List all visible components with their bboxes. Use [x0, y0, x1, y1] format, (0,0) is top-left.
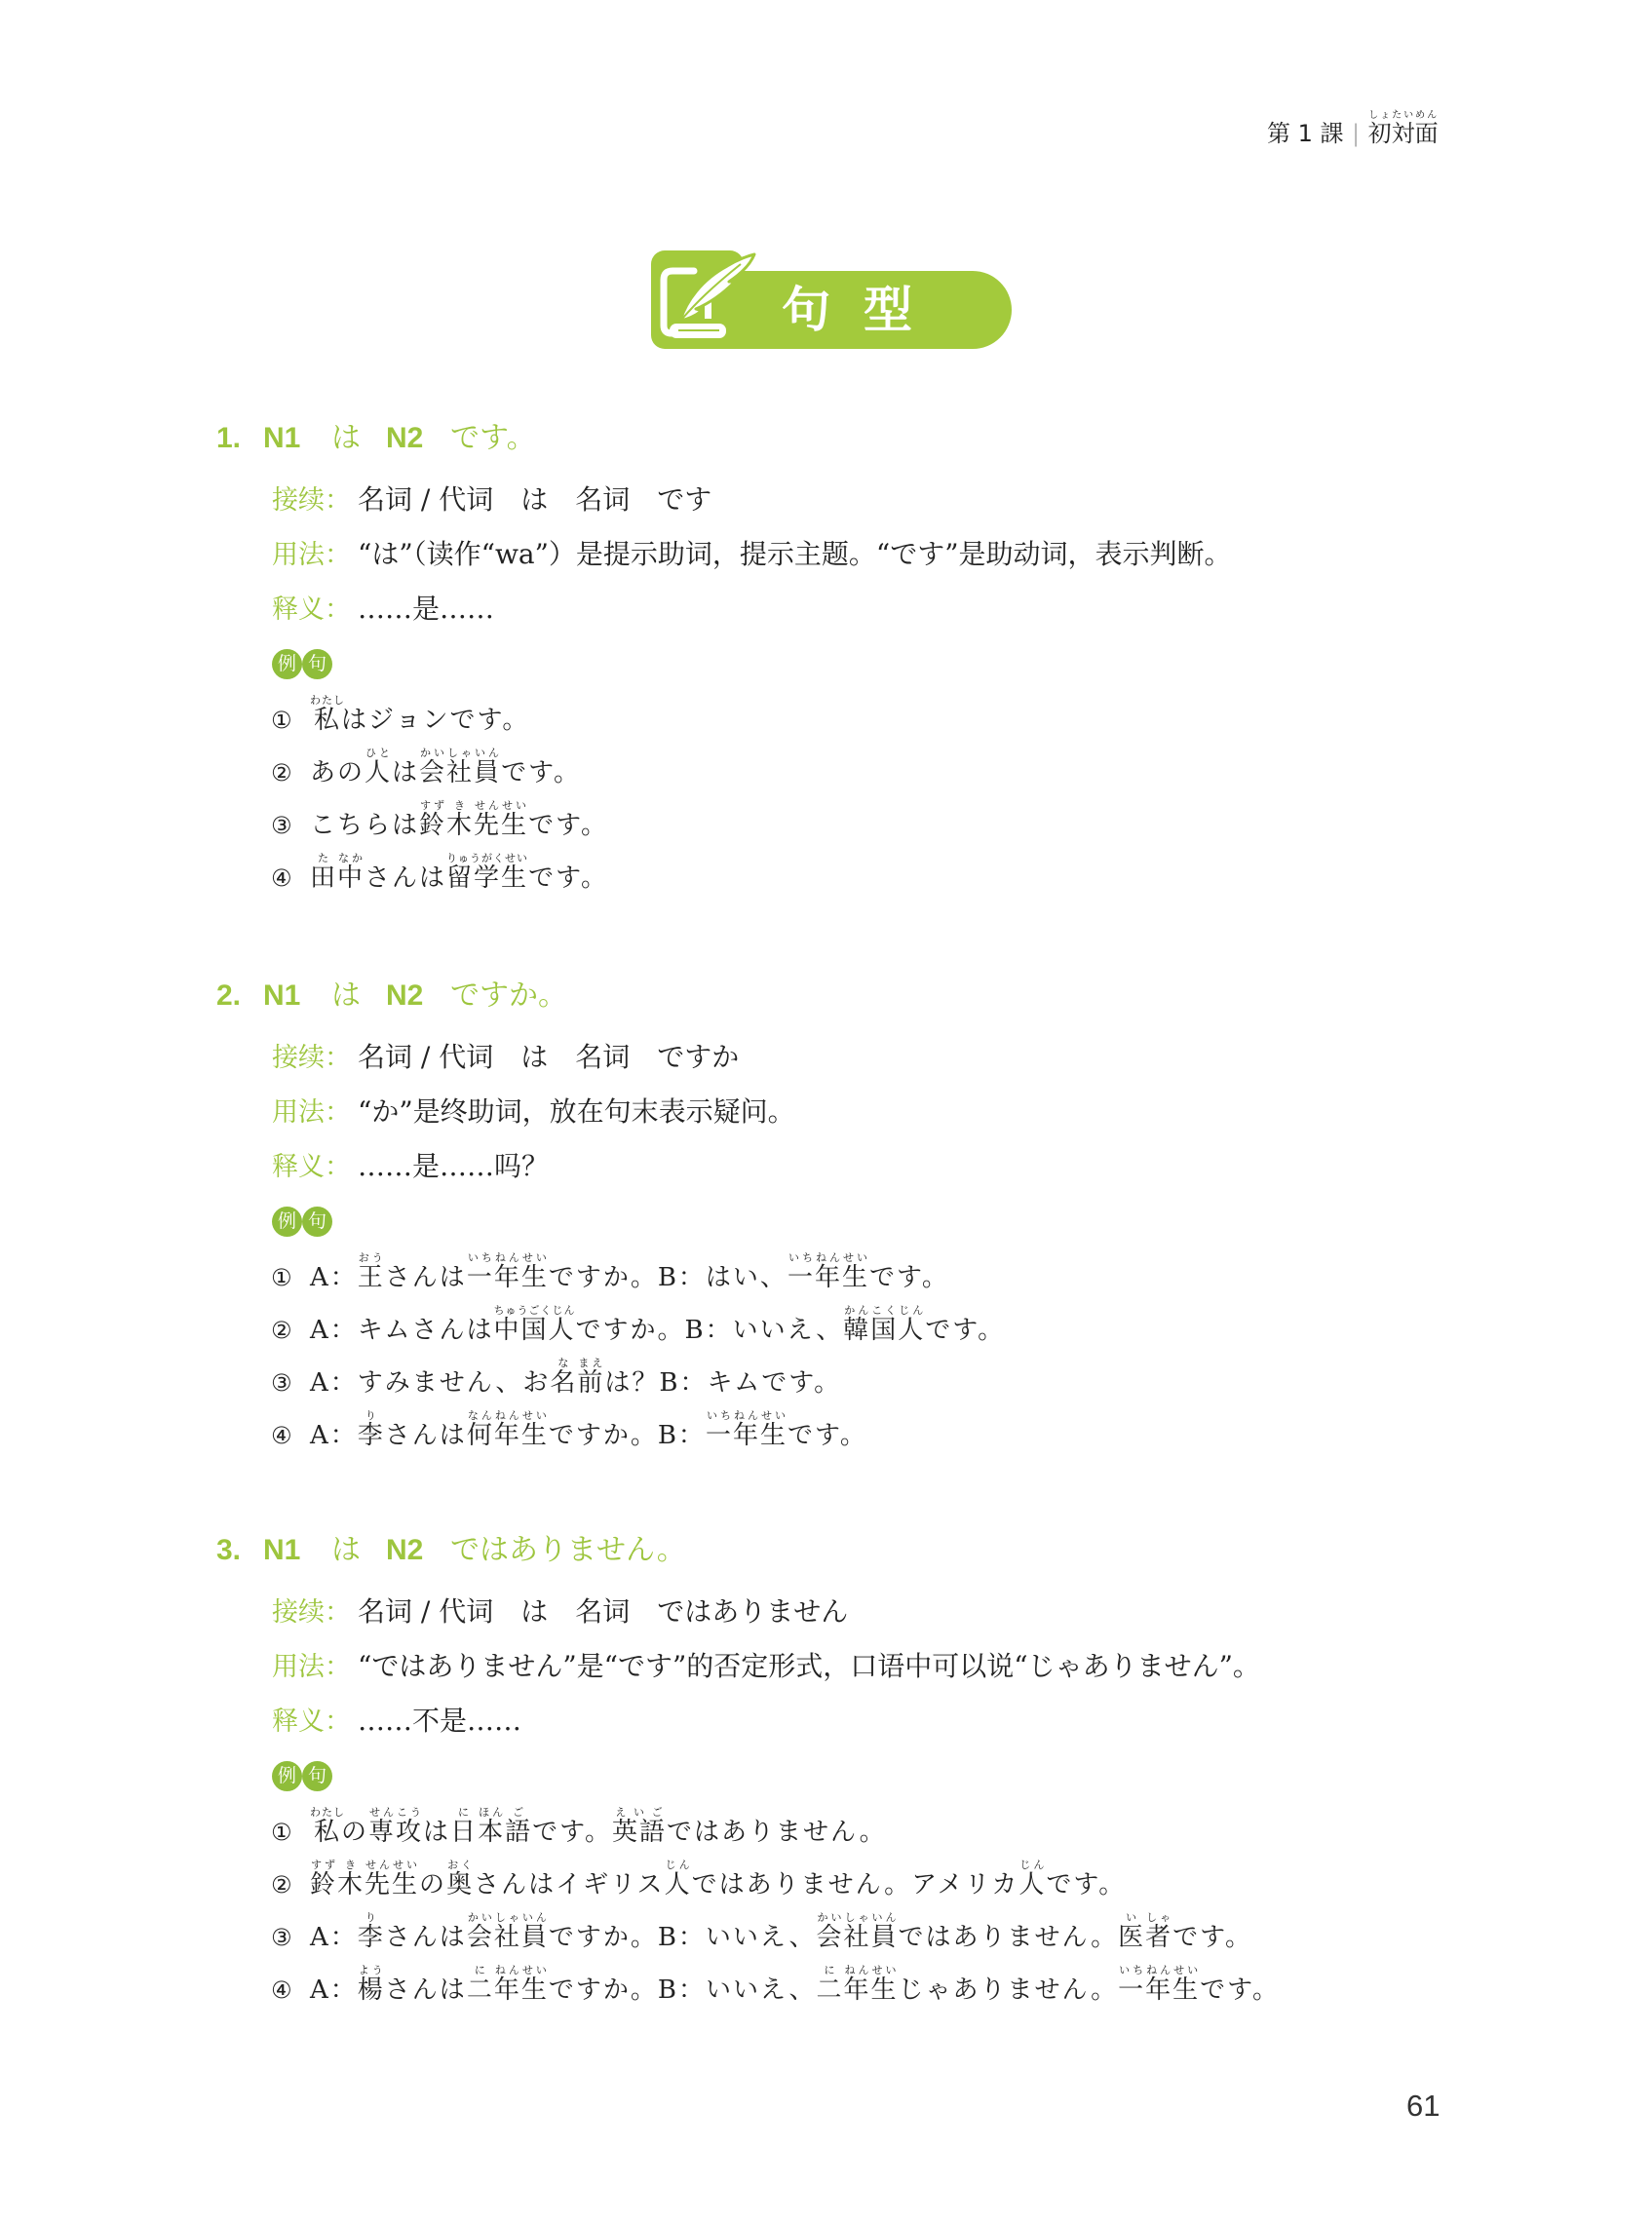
furigana-word: 鈴すず: [419, 811, 446, 840]
furigana-word: 李り: [358, 1923, 385, 1952]
pattern-n1: N1: [263, 1523, 300, 1578]
example-list: ①A：王おうさんは一年生いちねんせいですか。B：はい、一年生いちねんせいです。 …: [0, 1248, 1652, 1459]
meaning-label: 释义：: [272, 583, 358, 637]
furigana-word: 一年生いちねんせい: [706, 1421, 788, 1450]
usage-label: 用法：: [272, 1640, 358, 1695]
furigana-word: 者しゃ: [1145, 1923, 1172, 1952]
header-separator: |: [1353, 121, 1358, 146]
connection-label: 接续：: [272, 1586, 358, 1640]
furigana-word: 留学生りゅうがくせい: [446, 863, 528, 893]
furigana-word: 本ほん: [478, 1818, 505, 1847]
furigana-reading: ねんせい: [844, 1964, 899, 1976]
connection-text: 名词 / 代词 は 名词 ですか: [358, 1041, 739, 1073]
furigana-reading: えいご: [612, 1806, 667, 1819]
example-text: A：すみません、お名な前まえは？B：キムです。: [310, 1368, 841, 1398]
examples-badge-row: 例句: [0, 636, 1652, 691]
furigana-reading: しゃ: [1145, 1911, 1172, 1924]
furigana-reading: かんこくじん: [843, 1304, 925, 1317]
connection-row: 接续：名词 / 代词 は 名词 です: [0, 473, 1652, 527]
example-text: A：李りさんは会社員かいしゃいんですか。B：いいえ、会社員かいしゃいんではありま…: [310, 1923, 1252, 1952]
furigana-reading: わたし: [310, 1806, 345, 1819]
furigana-reading: かいしゃいん: [419, 747, 501, 759]
meaning-row: 释义：……是……吗？: [0, 1139, 1652, 1194]
pattern-number: 3.: [216, 1523, 241, 1578]
furigana-word: 名な: [550, 1368, 577, 1398]
furigana-reading: ねんせい: [494, 1964, 549, 1976]
furigana-reading: よう: [358, 1964, 385, 1976]
furigana-word: 英語えいご: [612, 1818, 667, 1847]
badge-char: 例: [272, 1761, 302, 1791]
furigana-word: 何年生なんねんせい: [467, 1421, 549, 1450]
connection-row: 接续：名词 / 代词 は 名词 ではありません: [0, 1585, 1652, 1639]
furigana-reading: まえ: [577, 1357, 604, 1369]
example-sentence: ③こちらは鈴すず木き先生せんせいです。: [0, 796, 1652, 849]
page-number: 61: [1406, 2089, 1440, 2124]
pattern-n1: N1: [263, 969, 300, 1023]
meaning-row: 释义：……不是……: [0, 1694, 1652, 1748]
furigana-word: 人じん: [1018, 1870, 1046, 1899]
furigana-word: 私わたし: [310, 706, 341, 735]
furigana-reading: いちねんせい: [467, 1251, 549, 1264]
usage-row: 用法：“は”（读作“wa”）是提示助词，提示主题。“です”是助动词，表示判断。: [0, 527, 1652, 582]
examples-badge-row: 例句: [0, 1194, 1652, 1248]
lesson-title: 初対面しょたいめん: [1368, 120, 1439, 147]
furigana-reading: き: [337, 1859, 365, 1871]
example-sentence: ①私わたしの専攻せんこうは日に本ほん語ごです。英語えいごではありません。: [0, 1803, 1652, 1856]
furigana-reading: せんせい: [365, 1859, 419, 1871]
pattern-ending: ですか。: [450, 969, 567, 1023]
badge-char: 句: [302, 1207, 332, 1237]
furigana-word: 李り: [358, 1421, 385, 1450]
meaning-row: 释义：……是……: [0, 582, 1652, 636]
meaning-label: 释义：: [272, 1140, 358, 1195]
example-number: ④: [271, 1412, 310, 1459]
furigana-word: 語ご: [505, 1818, 532, 1847]
furigana-reading: わたし: [310, 694, 345, 707]
furigana-word: 前まえ: [577, 1368, 604, 1398]
furigana-reading: ちゅうごくじん: [494, 1304, 576, 1317]
badge-char: 例: [272, 1207, 302, 1237]
connection-text: 名词 / 代词 は 名词 です: [358, 483, 711, 516]
example-number: ②: [271, 749, 310, 796]
pattern-heading: 3. N1 は N2 ではありません。: [0, 1523, 1652, 1578]
pattern-n2: N2: [386, 1523, 423, 1578]
example-number: ②: [271, 1307, 310, 1354]
lesson-title-text: 初対面: [1368, 120, 1439, 147]
furigana-reading: き: [446, 799, 474, 812]
furigana-reading: ご: [505, 1806, 532, 1819]
connection-row: 接续：名词 / 代词 は 名词 ですか: [0, 1030, 1652, 1085]
furigana-reading: すず: [310, 1859, 337, 1871]
example-sentence: ③A：すみません、お名な前まえは？B：キムです。: [0, 1354, 1652, 1406]
furigana-reading: じん: [665, 1859, 692, 1871]
pattern-particle: は: [331, 1523, 361, 1578]
badge-char: 例: [272, 649, 302, 679]
furigana-word: 中なか: [337, 863, 365, 893]
connection-label: 接续：: [272, 1031, 358, 1086]
usage-label: 用法：: [272, 1086, 358, 1140]
furigana-reading: せんこう: [368, 1806, 423, 1819]
pattern-heading: 2. N1 は N2 ですか。: [0, 969, 1652, 1023]
pattern-particle: は: [331, 411, 361, 466]
furigana-reading: すず: [419, 799, 446, 812]
furigana-reading: おう: [358, 1251, 385, 1264]
furigana-word: 奥おく: [446, 1870, 474, 1899]
furigana-reading: に: [467, 1964, 494, 1976]
example-sentence: ④A：李りさんは何年生なんねんせいですか。B：一年生いちねんせいです。: [0, 1406, 1652, 1459]
example-sentence: ③A：李りさんは会社員かいしゃいんですか。B：いいえ、会社員かいしゃいんではあり…: [0, 1908, 1652, 1961]
usage-text: “ではありません”是“です”的否定形式，口语中可以说“じゃありません”。: [358, 1650, 1260, 1682]
example-sentences-badge: 例句: [272, 1761, 332, 1791]
quill-pen-icon: [651, 250, 758, 349]
example-number: ①: [271, 1254, 310, 1301]
example-list: ①私わたしはジョンです。 ②あの人ひとは会社員かいしゃいんです。 ③こちらは鈴す…: [0, 691, 1652, 902]
furigana-word: 中国人ちゅうごくじん: [494, 1316, 576, 1345]
furigana-word: 専攻せんこう: [368, 1818, 423, 1847]
example-number: ③: [271, 1360, 310, 1406]
furigana-reading: いちねんせい: [1118, 1964, 1200, 1976]
pattern-ending: ではありません。: [450, 1523, 686, 1578]
furigana-word: 会社員かいしゃいん: [419, 758, 501, 787]
meaning-text: ……是……吗？: [358, 1150, 549, 1182]
connection-label: 接续：: [272, 474, 358, 528]
furigana-reading: じん: [1018, 1859, 1046, 1871]
furigana-word: 年生ねんせい: [844, 1976, 899, 2005]
usage-text: “は”（读作“wa”）是提示助词，提示主题。“です”是助动词，表示判断。: [358, 538, 1232, 570]
example-text: 鈴すず木き先生せんせいの奥おくさんはイギリス人じんではありません。アメリカ人じん…: [310, 1870, 1126, 1899]
furigana-word: 人ひと: [365, 758, 392, 787]
furigana-reading: な: [550, 1357, 577, 1369]
furigana-reading: に: [817, 1964, 844, 1976]
sentence-pattern-2: 2. N1 は N2 ですか。 接续：名词 / 代词 は 名词 ですか 用法：“…: [0, 969, 1652, 1459]
example-sentences-badge: 例句: [272, 1207, 332, 1237]
furigana-reading: り: [358, 1911, 385, 1924]
usage-row: 用法：“か”是终助词，放在句末表示疑问。: [0, 1085, 1652, 1139]
furigana-word: 韓国人かんこくじん: [843, 1316, 925, 1345]
example-number: ①: [271, 1809, 310, 1856]
furigana-reading: なんねんせい: [467, 1409, 549, 1422]
example-text: こちらは鈴すず木き先生せんせいです。: [310, 811, 608, 840]
furigana-word: 二に: [817, 1976, 844, 2005]
furigana-word: 楊よう: [358, 1976, 385, 2005]
pattern-heading: 1. N1 は N2 です。: [0, 411, 1652, 466]
example-list: ①私わたしの専攻せんこうは日に本ほん語ごです。英語えいごではありません。 ②鈴す…: [0, 1803, 1652, 2014]
furigana-word: 木き: [337, 1870, 365, 1899]
example-number: ②: [271, 1861, 310, 1908]
furigana-word: 会社員かいしゃいん: [467, 1923, 549, 1952]
pattern-particle: は: [331, 969, 361, 1023]
example-text: A：李りさんは何年生なんねんせいですか。B：一年生いちねんせいです。: [310, 1421, 867, 1450]
example-text: 私わたしの専攻せんこうは日に本ほん語ごです。英語えいごではありません。: [310, 1818, 887, 1847]
example-text: 私わたしはジョンです。: [310, 706, 529, 735]
pattern-number: 2.: [216, 969, 241, 1023]
furigana-word: 一年生いちねんせい: [1118, 1976, 1200, 2005]
furigana-reading: なか: [337, 852, 365, 864]
furigana-reading: ほん: [478, 1806, 505, 1819]
lesson-number: 第 1 課: [1267, 120, 1344, 147]
badge-char: 句: [302, 649, 332, 679]
example-sentence: ①私わたしはジョンです。: [0, 691, 1652, 744]
furigana-word: 医い: [1118, 1923, 1145, 1952]
pattern-n2: N2: [386, 969, 423, 1023]
example-sentence: ①A：王おうさんは一年生いちねんせいですか。B：はい、一年生いちねんせいです。: [0, 1248, 1652, 1301]
furigana-word: 会社員かいしゃいん: [817, 1923, 899, 1952]
furigana-word: 木き: [446, 811, 474, 840]
example-number: ③: [271, 1914, 310, 1961]
meaning-text: ……是……: [358, 593, 494, 625]
furigana-word: 先生せんせい: [474, 811, 528, 840]
furigana-reading: ひと: [365, 747, 392, 759]
badge-char: 句: [302, 1761, 332, 1791]
furigana-reading: せんせい: [474, 799, 528, 812]
furigana-word: 田た: [310, 863, 337, 893]
example-sentence: ④A：楊ようさんは二に年生ねんせいですか。B：いいえ、二に年生ねんせいじゃありま…: [0, 1961, 1652, 2014]
furigana-word: 先生せんせい: [365, 1870, 419, 1899]
example-sentences-badge: 例句: [272, 649, 332, 679]
example-text: A：王おうさんは一年生いちねんせいですか。B：はい、一年生いちねんせいです。: [310, 1263, 949, 1292]
example-number: ④: [271, 1967, 310, 2014]
pattern-n2: N2: [386, 411, 423, 466]
furigana-reading: い: [1118, 1911, 1145, 1924]
usage-label: 用法：: [272, 528, 358, 583]
example-sentence: ②A：キムさんは中国人ちゅうごくじんですか。B：いいえ、韓国人かんこくじんです。: [0, 1301, 1652, 1354]
furigana-word: 人じん: [665, 1870, 692, 1899]
connection-text: 名词 / 代词 は 名词 ではありません: [358, 1595, 848, 1628]
furigana-reading: おく: [446, 1859, 474, 1871]
example-number: ④: [271, 855, 310, 902]
sentence-pattern-3: 3. N1 は N2 ではありません。 接续：名词 / 代词 は 名词 ではあり…: [0, 1523, 1652, 2014]
furigana-reading: り: [358, 1409, 385, 1422]
usage-text: “か”是终助词，放在句末表示疑问。: [358, 1095, 795, 1128]
furigana-word: 年生ねんせい: [494, 1976, 549, 2005]
example-text: A：楊ようさんは二に年生ねんせいですか。B：いいえ、二に年生ねんせいじゃありませ…: [310, 1976, 1280, 2005]
examples-badge-row: 例句: [0, 1748, 1652, 1803]
furigana-word: 日に: [450, 1818, 478, 1847]
furigana-word: 一年生いちねんせい: [788, 1263, 869, 1292]
example-sentence: ④田た中なかさんは留学生りゅうがくせいです。: [0, 849, 1652, 902]
sentence-pattern-1: 1. N1 は N2 です。 接续：名词 / 代词 は 名词 です 用法：“は”…: [0, 411, 1652, 902]
furigana-reading: かいしゃいん: [467, 1911, 549, 1924]
example-text: A：キムさんは中国人ちゅうごくじんですか。B：いいえ、韓国人かんこくじんです。: [310, 1316, 1005, 1345]
example-sentence: ②あの人ひとは会社員かいしゃいんです。: [0, 744, 1652, 796]
furigana-reading: た: [310, 852, 337, 864]
example-text: 田た中なかさんは留学生りゅうがくせいです。: [310, 863, 608, 893]
running-header: 第 1 課|初対面しょたいめん: [1267, 110, 1439, 135]
pattern-ending: です。: [450, 411, 536, 466]
example-number: ③: [271, 802, 310, 849]
pattern-number: 1.: [216, 411, 241, 466]
example-text: あの人ひとは会社員かいしゃいんです。: [310, 758, 581, 787]
section-banner: 句型: [651, 250, 1012, 349]
usage-row: 用法：“ではありません”是“です”的否定形式，口语中可以说“じゃありません”。: [0, 1639, 1652, 1694]
furigana-word: 一年生いちねんせい: [467, 1263, 549, 1292]
furigana-word: 私わたし: [310, 1818, 341, 1847]
example-sentence: ②鈴すず木き先生せんせいの奥おくさんはイギリス人じんではありません。アメリカ人じ…: [0, 1856, 1652, 1908]
meaning-text: ……不是……: [358, 1705, 521, 1737]
example-number: ①: [271, 697, 310, 744]
furigana-reading: りゅうがくせい: [446, 852, 528, 864]
furigana-reading: いちねんせい: [788, 1251, 869, 1264]
furigana-reading: かいしゃいん: [817, 1911, 899, 1924]
pattern-n1: N1: [263, 411, 300, 466]
furigana-word: 王おう: [358, 1263, 385, 1292]
lesson-title-reading: しょたいめん: [1368, 110, 1439, 121]
furigana-word: 二に: [467, 1976, 494, 2005]
meaning-label: 释义：: [272, 1695, 358, 1749]
furigana-reading: に: [450, 1806, 478, 1819]
furigana-reading: いちねんせい: [706, 1409, 788, 1422]
furigana-word: 鈴すず: [310, 1870, 337, 1899]
